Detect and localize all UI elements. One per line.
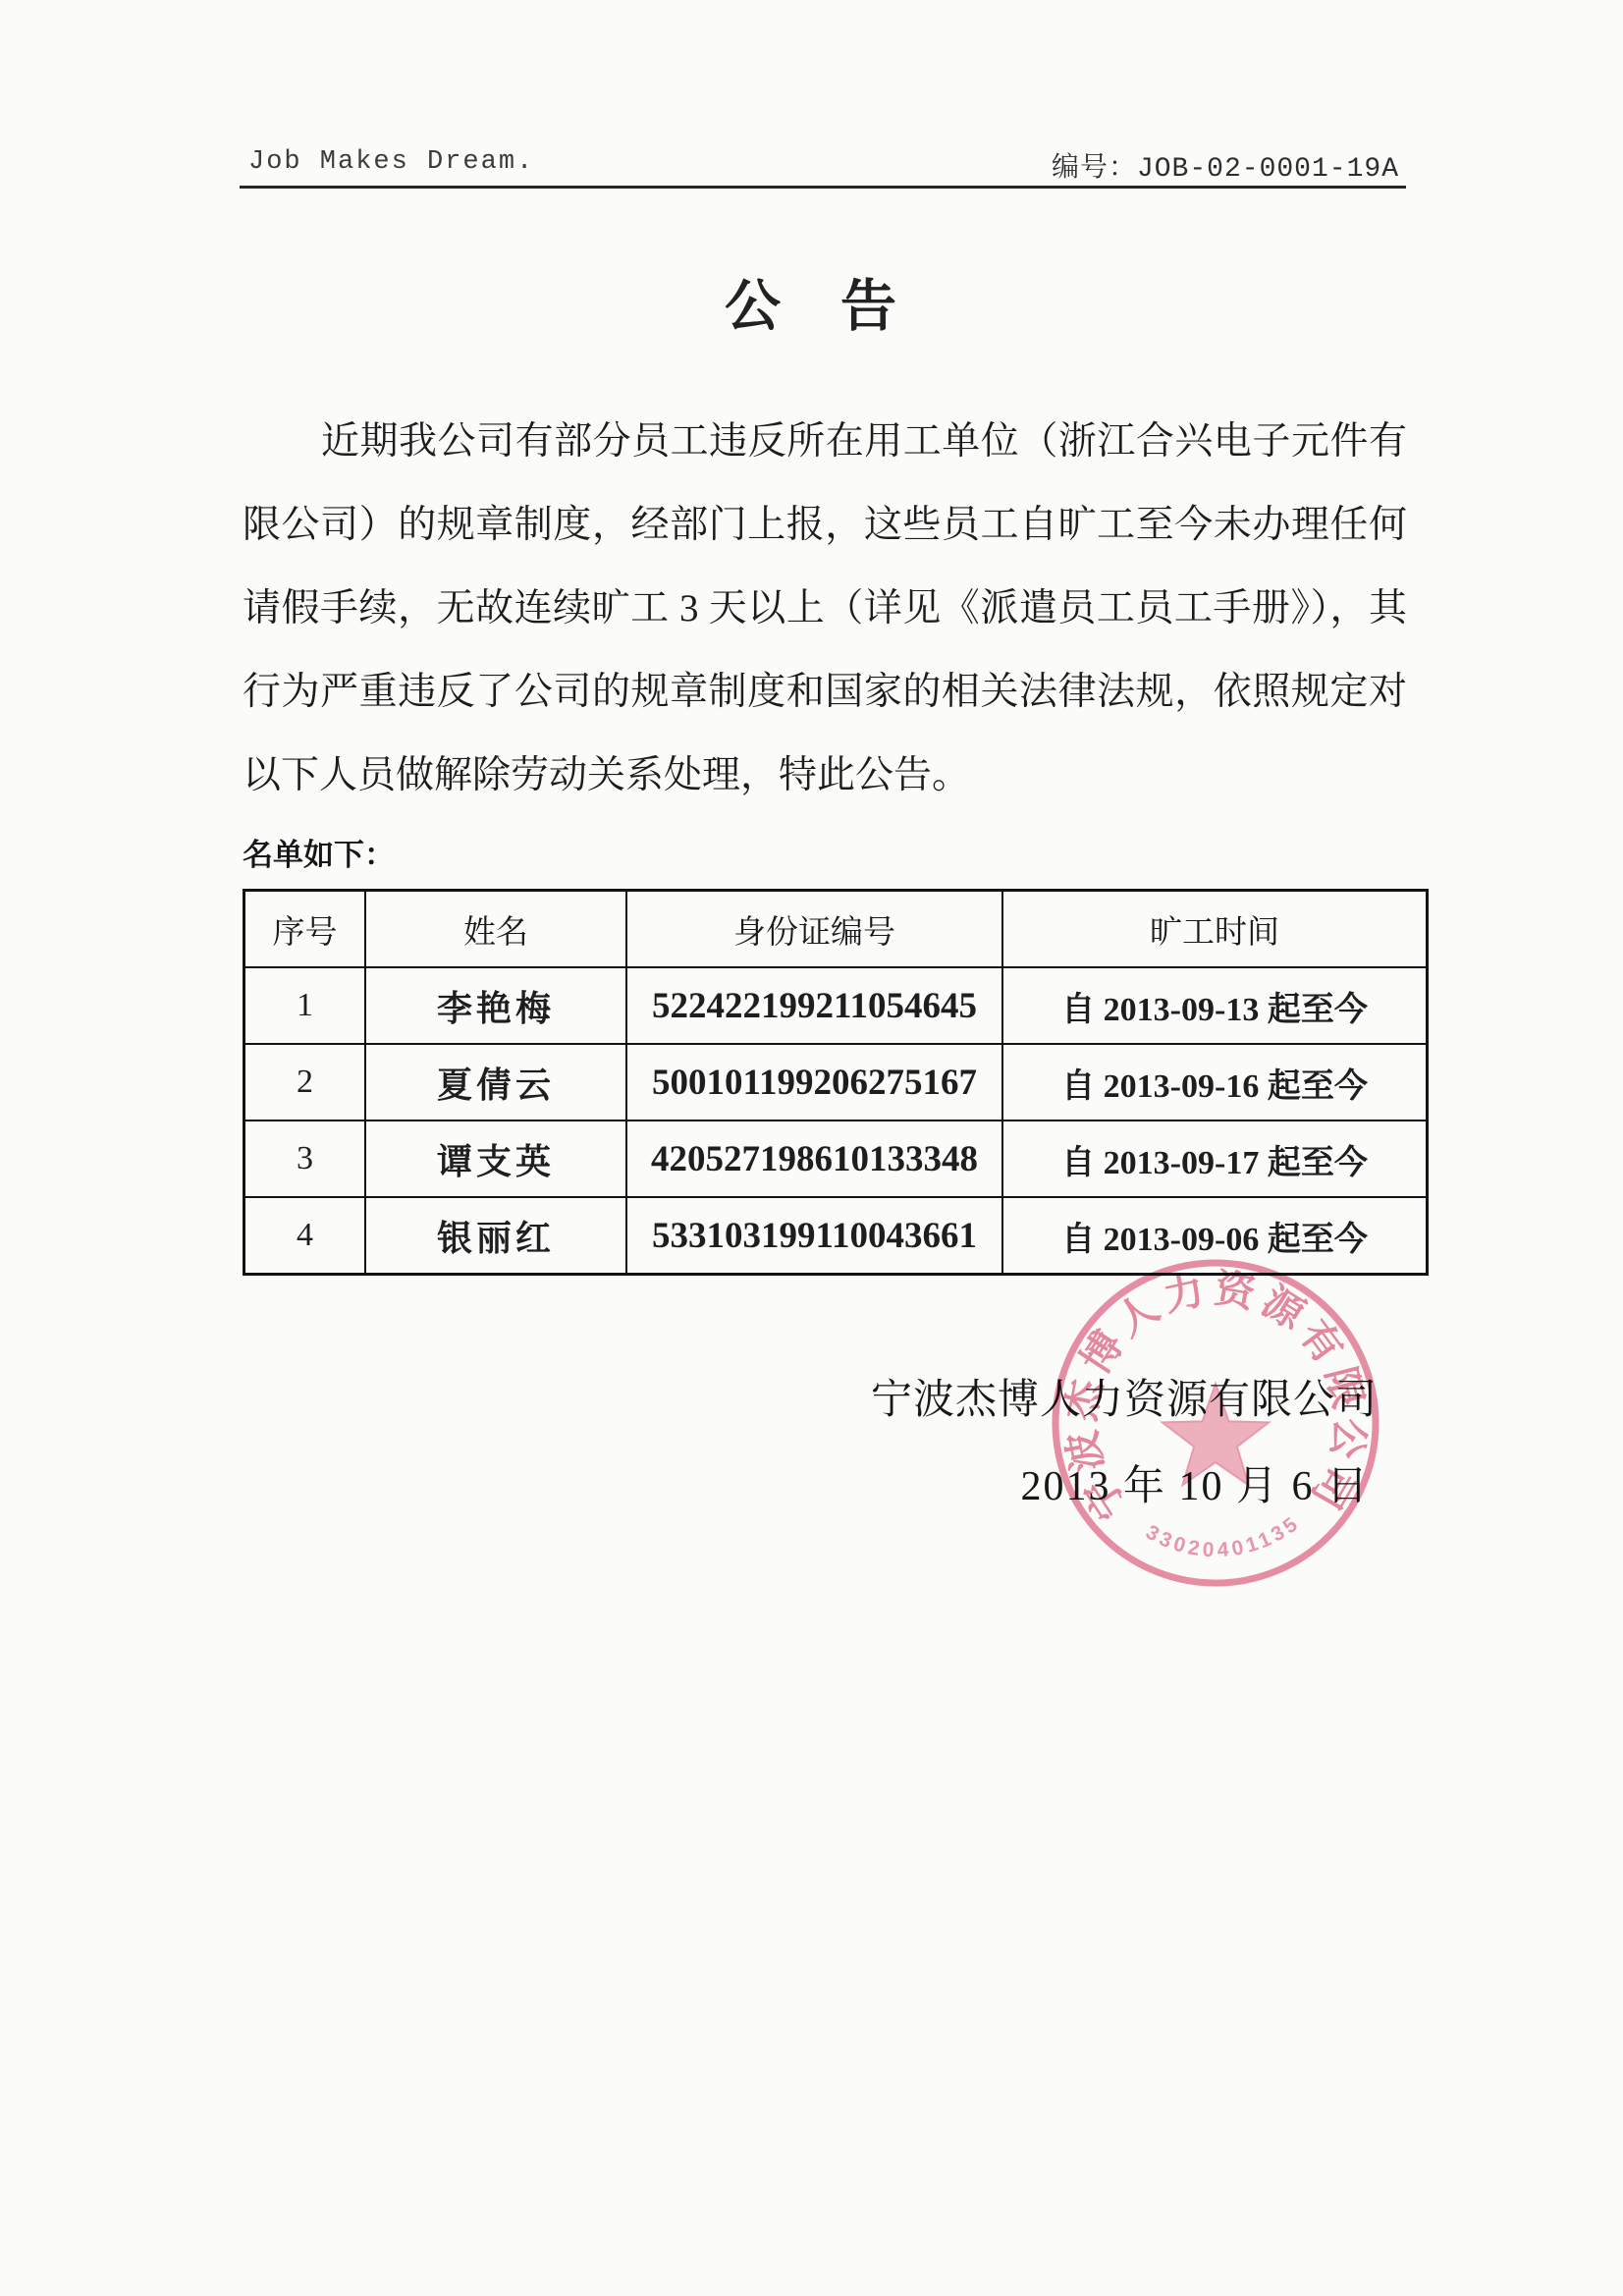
body-line: 近期我公司有部分员工违反所在用工单位（浙江合兴电子元件有 [243,400,1407,483]
dismissed-employees-table: 序号 姓名 身份证编号 旷工时间 1 李艳梅 52242219921105464… [243,889,1429,1276]
cell-name: 谭支英 [365,1121,626,1197]
header-divider [240,186,1406,189]
cell-name: 夏倩云 [365,1044,626,1121]
document-number: 编号：JOB-02-0001-19A [1052,145,1399,185]
cell-id: 522422199211054645 [626,967,1002,1044]
table-row: 1 李艳梅 522422199211054645 自 2013-09-13 起至… [244,967,1428,1044]
body-line: 以下人员做解除劳动关系处理，特此公告。 [243,734,1407,817]
cell-id: 420527198610133348 [626,1121,1002,1197]
col-header-period: 旷工时间 [1002,891,1428,968]
col-header-id: 身份证编号 [626,891,1002,968]
cell-id: 500101199206275167 [626,1044,1002,1121]
body-line: 限公司）的规章制度，经部门上报，这些员工自旷工至今未办理任何 [243,483,1407,567]
list-label: 名单如下： [243,830,395,874]
company-slogan: Job Makes Dream. [248,147,534,177]
table-row: 3 谭支英 420527198610133348 自 2013-09-17 起至… [244,1121,1428,1197]
scanned-notice-page: Job Makes Dream. 编号：JOB-02-0001-19A 公 告 … [0,0,1623,2296]
company-seal-stamp: 宁波杰博人力资源有限公司 3302040113537 [1049,1256,1382,1590]
cell-no: 2 [244,1044,366,1121]
body-line: 请假手续，无故连续旷工 3 天以上（详见《派遣员工员工手册》），其 [243,567,1407,650]
col-header-no: 序号 [244,891,366,968]
body-line: 行为严重违反了公司的规章制度和国家的相关法律法规，依照规定对 [243,650,1407,734]
cell-name: 李艳梅 [365,967,626,1044]
cell-no: 1 [244,967,366,1044]
cell-no: 4 [244,1197,366,1275]
cell-name: 银丽红 [365,1197,626,1275]
cell-id: 533103199110043661 [626,1197,1002,1275]
table-header-row: 序号 姓名 身份证编号 旷工时间 [244,891,1428,968]
seal-star-icon [1163,1384,1269,1485]
page-title: 公 告 [0,261,1623,342]
notice-body: 近期我公司有部分员工违反所在用工单位（浙江合兴电子元件有 限公司）的规章制度，经… [243,400,1407,817]
table-row: 2 夏倩云 500101199206275167 自 2013-09-16 起至… [244,1044,1428,1121]
cell-period: 自 2013-09-17 起至今 [1002,1121,1428,1197]
cell-no: 3 [244,1121,366,1197]
cell-period: 自 2013-09-13 起至今 [1002,967,1428,1044]
col-header-name: 姓名 [365,891,626,968]
cell-period: 自 2013-09-16 起至今 [1002,1044,1428,1121]
